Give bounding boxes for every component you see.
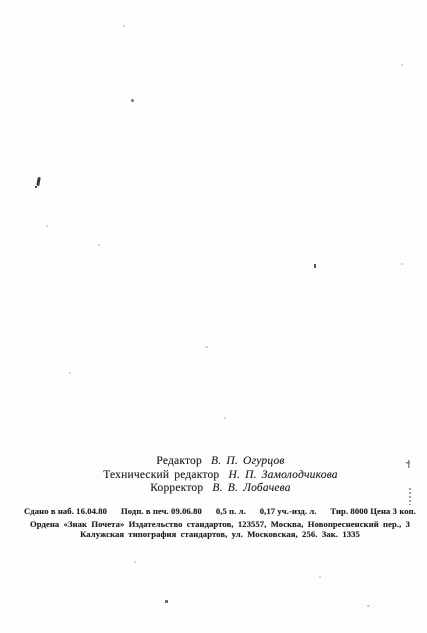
credits-block: Редактор В. П. Огурцов Технический редак… (7, 455, 427, 496)
dust-speck (131, 99, 134, 102)
colophon-page: Редактор В. П. Огурцов Технический редак… (0, 0, 427, 633)
dust-speck (134, 561, 136, 563)
dust-speck (314, 264, 316, 268)
dust-speck (205, 346, 208, 348)
proofreader-label: Корректор (150, 482, 203, 494)
imprint-segment-typeset: Сдано в наб. 16.04.80 (24, 506, 107, 516)
proofreader-name: В. В. Лобачева (212, 482, 290, 494)
dust-speck (46, 225, 48, 227)
printer-line: Калужская типография стандартов, ул. Мос… (24, 530, 416, 540)
tech-editor-name: Н. П. Замолодчикова (228, 469, 337, 481)
dust-speck (224, 417, 226, 419)
credit-line-tech-editor: Технический редактор Н. П. Замолодчикова (7, 469, 427, 483)
dust-speck (401, 64, 403, 66)
imprint-segment-sheets: 0,5 п. л. (216, 506, 246, 516)
imprint-segment-tirage-price: Тир. 8000 Цена 3 коп. (330, 506, 416, 516)
ink-mark (36, 177, 41, 186)
dust-speck (165, 600, 168, 603)
ink-mark-dot (35, 186, 37, 188)
credit-line-editor: Редактор В. П. Огурцов (7, 455, 427, 469)
dust-speck (98, 244, 100, 246)
editor-label: Редактор (156, 455, 202, 467)
imprint-segment-acc-sheets: 0,17 уч.-изд. л. (260, 506, 317, 516)
publisher-block: Ордена «Знак Почета» Издательство станда… (24, 520, 416, 539)
tech-editor-label: Технический редактор (103, 469, 219, 481)
dust-speck (319, 576, 321, 578)
editor-name: В. П. Огурцов (211, 455, 285, 467)
dust-speck (367, 605, 370, 607)
dust-speck (401, 263, 403, 265)
edge-artifact-dots (409, 488, 411, 505)
dust-speck (69, 372, 71, 374)
dust-speck (123, 25, 125, 27)
credit-line-proofreader: Корректор В. В. Лобачева (7, 482, 427, 496)
imprint-segment-signed: Подп. в печ. 09.06.80 (121, 506, 202, 516)
edge-artifact-mark (406, 460, 410, 469)
imprint-line: Сдано в наб. 16.04.80 Подп. в печ. 09.06… (24, 506, 416, 516)
